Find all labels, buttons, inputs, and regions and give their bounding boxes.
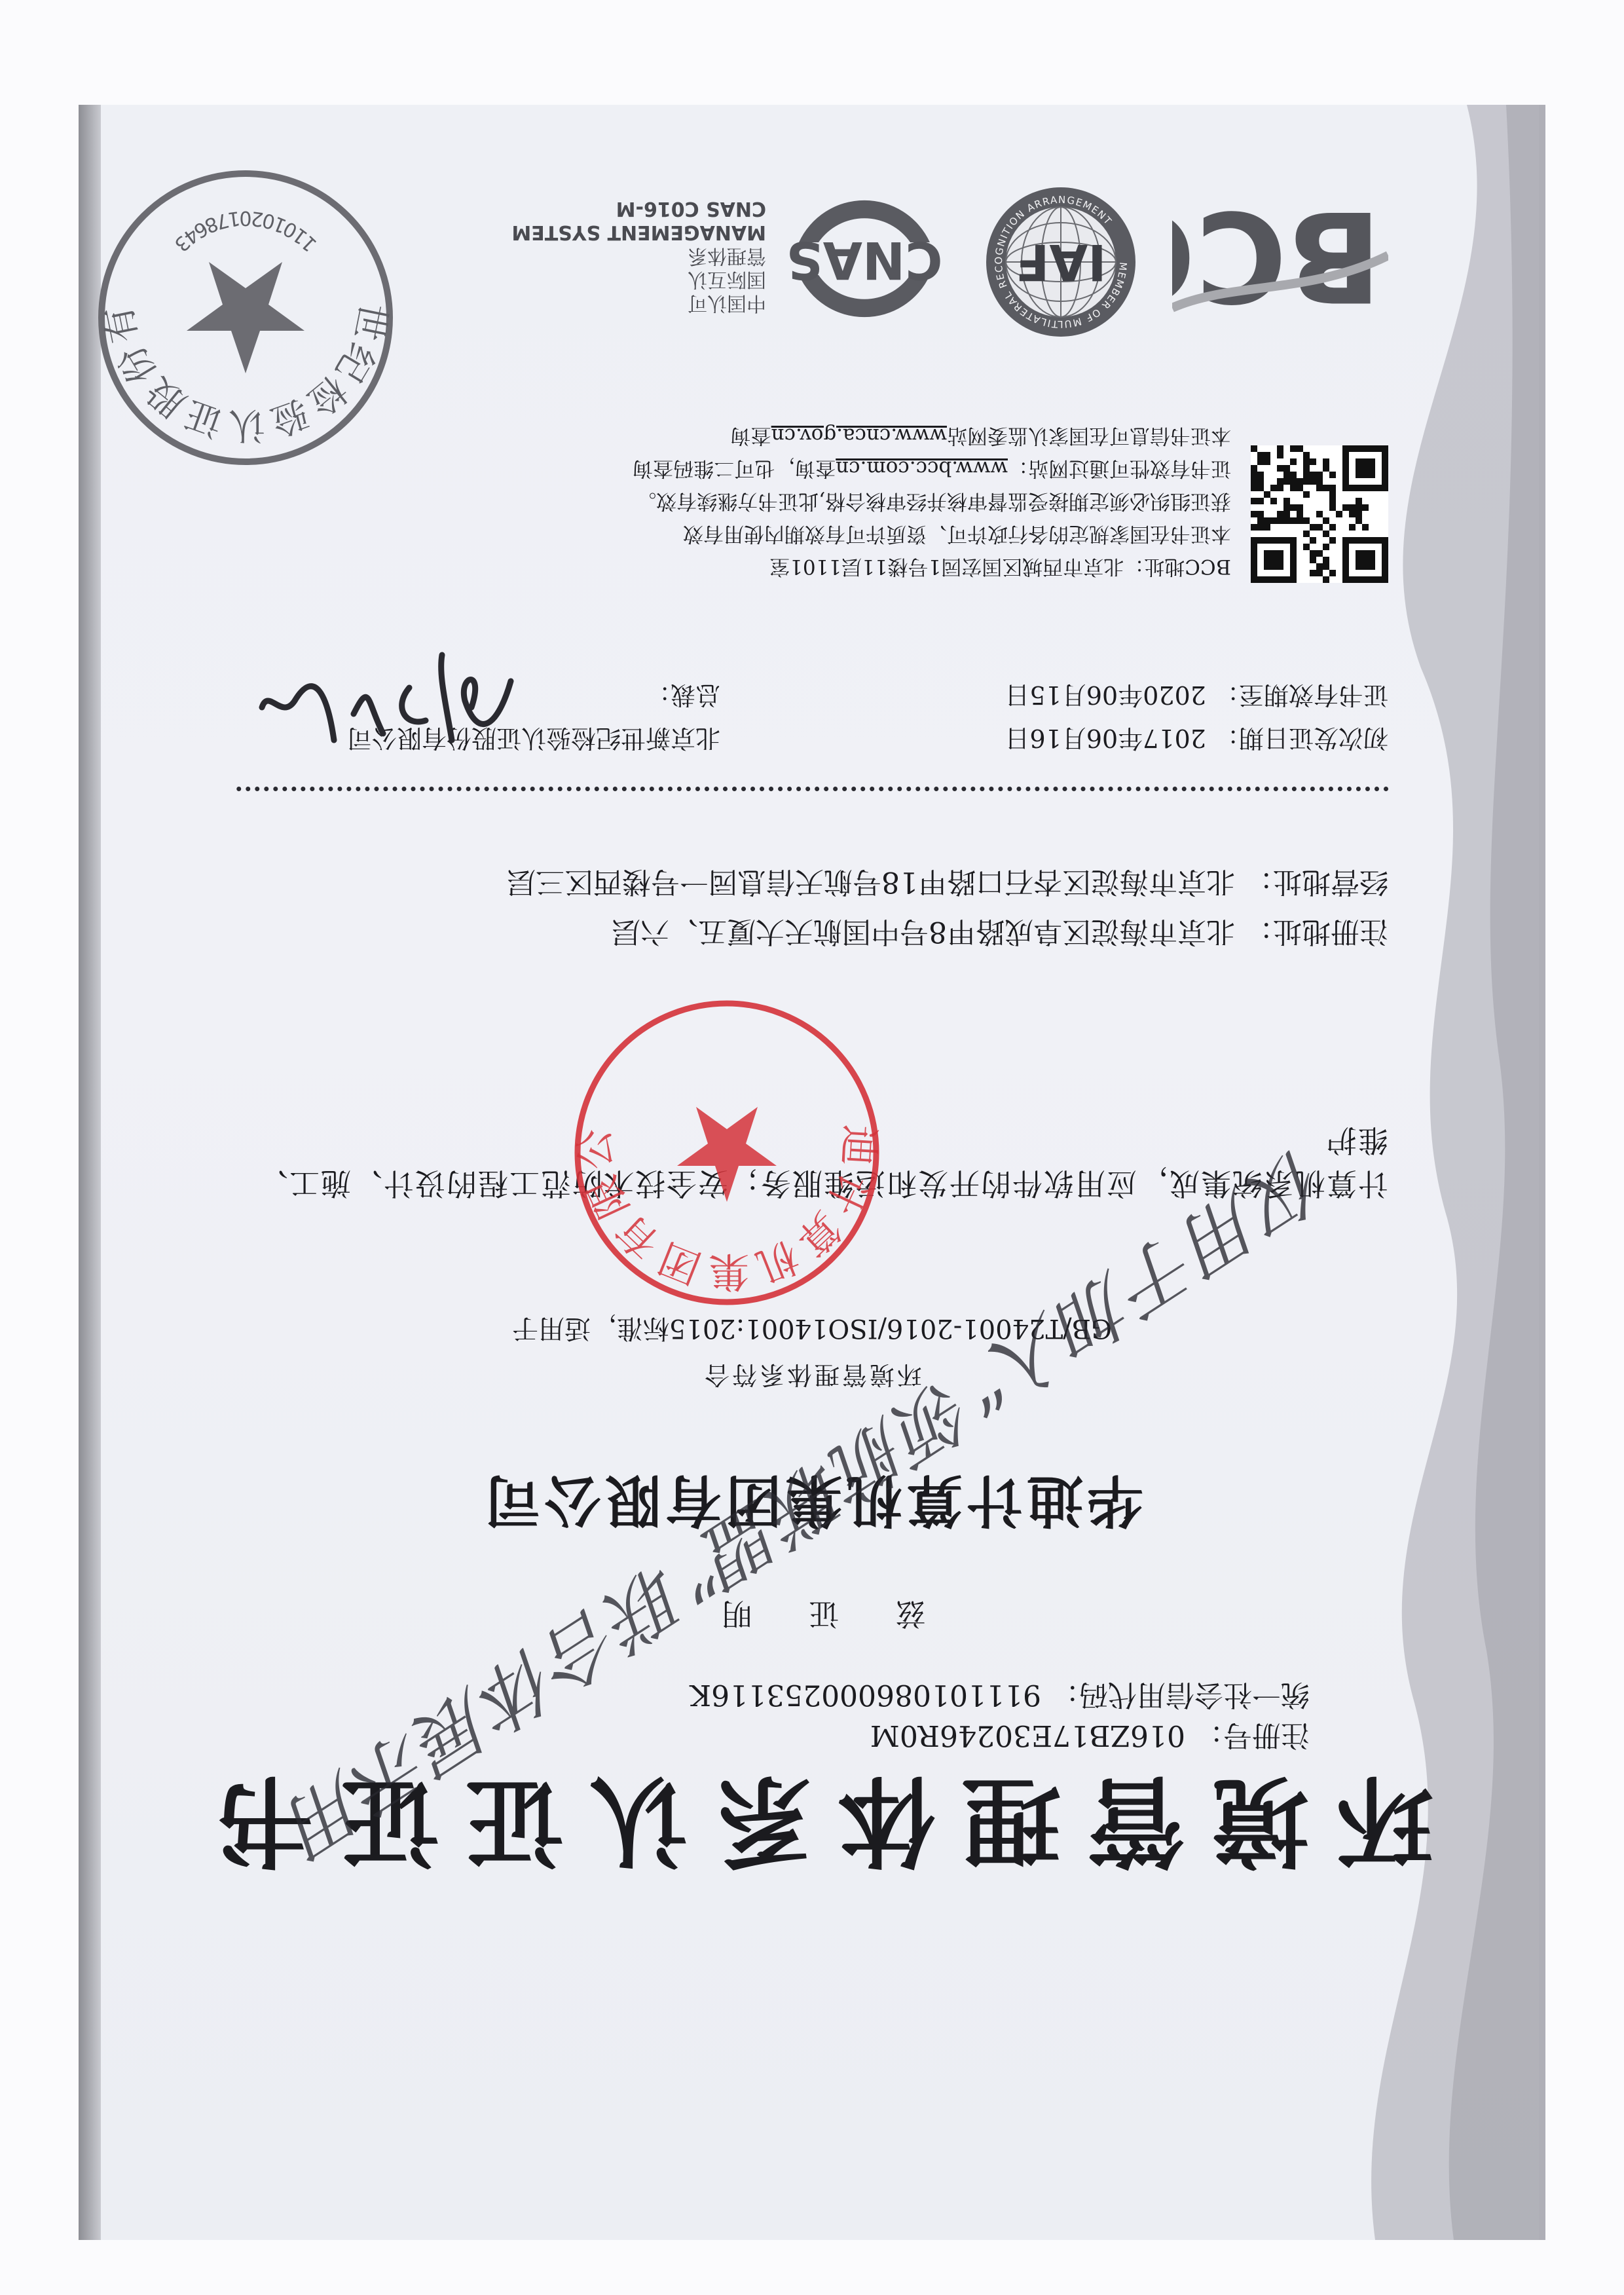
svg-text:CNAS: CNAS	[786, 230, 942, 289]
cnas-logo: CNAS	[779, 183, 950, 341]
registered-address: 北京市海淀区阜成路甲8号中国航天大厦五、六层	[612, 915, 1235, 948]
bcc-logo: BCC	[1172, 190, 1388, 334]
first-issue-label: 初次发证日期：	[1214, 724, 1388, 753]
president-signature	[249, 648, 524, 779]
cnas-code: CNAS C016-M	[511, 196, 766, 220]
registered-address-label: 注册地址：	[1244, 915, 1388, 948]
svg-text:1101020178643: 1101020178643	[170, 206, 322, 256]
cnca-website-link[interactable]: www.cnca.gov.cn	[771, 424, 947, 447]
issuer-seal: 北京新世纪检验认证股份有限公司 1101020178643	[92, 164, 399, 472]
bcc-address: BCC地址：北京市西城区国宏园1号楼11层1101室	[633, 550, 1231, 583]
dotted-divider	[236, 787, 1388, 791]
bcc-info-line: 获证组织必须定期接受监督审核并经审核合格,此证书方继续有效。	[633, 485, 1231, 517]
cnas-caption-english: MANAGEMENT SYSTEM	[511, 220, 766, 244]
credit-code: 911101086000253116K	[690, 1678, 1041, 1711]
svg-text:BCC: BCC	[1172, 190, 1382, 328]
registration-block: 注册号： 016ZB17E30246R0M 统一社会信用代码： 91110108…	[690, 1674, 1310, 1755]
cnca-verify-suffix: 查询	[731, 424, 771, 447]
valid-until-date: 2020年06月15日	[1005, 681, 1206, 709]
svg-text:IAF: IAF	[1015, 233, 1106, 291]
first-issue-row: 初次发证日期： 2017年06月16日	[1005, 717, 1388, 760]
registration-number-row: 注册号： 016ZB17E30246R0M	[690, 1715, 1310, 1755]
bcc-verify-suffix: 查询，也可二维码查询	[633, 457, 836, 480]
iaf-logo: IAF MEMBER OF MULTILATERAL RECOGNITION A…	[982, 183, 1139, 341]
business-address: 北京市海淀区杏石口路甲18号航天信息园一号楼西区三层	[507, 865, 1235, 899]
conform-text: 环境管理体系符合	[79, 1359, 1545, 1395]
bcc-website-link[interactable]: www.bcc.com.cn	[836, 457, 1008, 480]
cnas-caption: 中国认可 国际互认 管理体系 MANAGEMENT SYSTEM CNAS C0…	[511, 196, 766, 314]
credit-code-row: 统一社会信用代码： 911101086000253116K	[690, 1674, 1310, 1715]
bcc-info-line: 本证书在国家规定的各行政许可、资质许可有效期内使用有效	[633, 517, 1231, 550]
business-address-row: 经营地址： 北京市海淀区杏石口路甲18号航天信息园一号楼西区三层	[507, 857, 1388, 906]
qr-code[interactable]	[1251, 445, 1388, 583]
company-seal: 华迪计算机集团有限公司	[563, 989, 891, 1316]
cnas-caption-line: 国际互认	[511, 267, 766, 291]
cnca-verify-line: 本证书信息可在国家认监委网站www.cnca.gov.cn查询	[633, 419, 1231, 452]
bcc-verify-line: 证书有效性可通过网站：www.bcc.com.cn查询，也可二维码查询	[633, 452, 1231, 485]
business-address-label: 经营地址：	[1244, 865, 1388, 899]
bcc-info-block: BCC地址：北京市西城区国宏园1号楼11层1101室 本证书在国家规定的各行政许…	[633, 419, 1231, 583]
accreditation-logos: BCC IAF MEMBER OF MULTILATERAL RECOGNITI…	[471, 183, 1388, 341]
address-block: 注册地址： 北京市海淀区阜成路甲8号中国航天大厦五、六层 经营地址： 北京市海淀…	[507, 857, 1388, 956]
credit-code-label: 统一社会信用代码：	[1050, 1678, 1310, 1711]
cnca-verify-prefix: 本证书信息可在国家认监委网站	[947, 424, 1231, 447]
dates-block: 初次发证日期： 2017年06月16日 证书有效期至： 2020年06月15日	[1005, 673, 1388, 760]
first-issue-date: 2017年06月16日	[1005, 724, 1206, 753]
cnas-caption-line: 中国认可	[511, 291, 766, 314]
valid-until-label: 证书有效期至：	[1214, 681, 1388, 709]
registration-number-label: 注册号：	[1194, 1719, 1310, 1752]
bcc-verify-prefix: 证书有效性可通过网站：	[1008, 457, 1231, 480]
prove-heading: 兹 证 明	[79, 1594, 1545, 1637]
standard-text: GB/T24001-2016/ISO14001:2015标准，适用于	[79, 1312, 1545, 1349]
cnas-caption-line: 管理体系	[511, 244, 766, 267]
valid-until-row: 证书有效期至： 2020年06月15日	[1005, 673, 1388, 717]
certificate-sheet: 环境管理体系认证证书 注册号： 016ZB17E30246R0M 统一社会信用代…	[79, 105, 1545, 2240]
registration-number: 016ZB17E30246R0M	[870, 1719, 1185, 1752]
registered-address-row: 注册地址： 北京市海淀区阜成路甲8号中国航天大厦五、六层	[507, 906, 1388, 956]
